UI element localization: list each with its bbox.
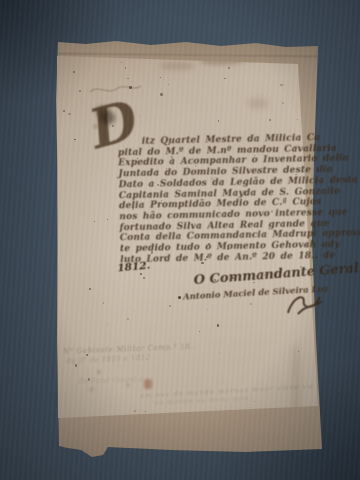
faint-annotation: De Band Guard.e [78, 374, 144, 386]
manuscript-text-block: itz Quartel Mestre da Milicia Ca pital d… [118, 133, 321, 266]
signature-rubric-flourish-icon [283, 289, 326, 319]
date-year: 1812. [117, 260, 151, 275]
photo-background: D itz Quartel Mestre da Milicia Ca pital… [0, 0, 360, 480]
faint-annotation: da 3ª de 1810 e 1812 [66, 354, 150, 366]
signature-title: O Commandante Geral. [193, 261, 360, 288]
handwriting-layer: D itz Quartel Mestre da Milicia Ca pital… [0, 0, 360, 480]
ink-dot [178, 296, 181, 299]
